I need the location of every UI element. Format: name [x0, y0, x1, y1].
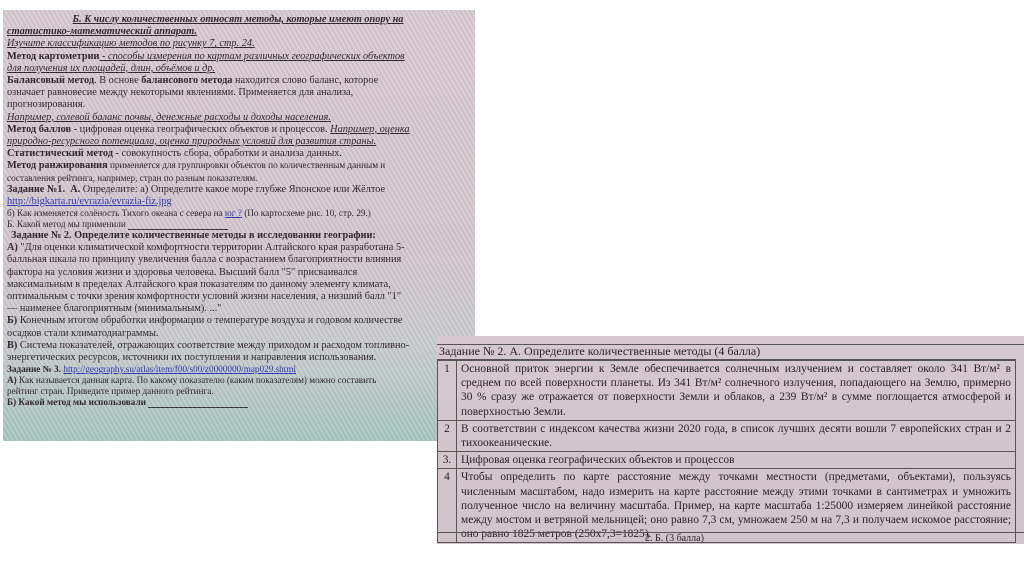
row-number: 3.: [438, 452, 457, 469]
ranking-definition-cont: составления рейтинга, например, стран по…: [7, 173, 469, 184]
answer-table-title: Задание № 2. А. Определите количественны…: [437, 344, 1016, 360]
task2-a-line3: фактора на условия жизни и здоровья чело…: [7, 267, 469, 279]
map-link-geography[interactable]: http://geography.su/atlas/item/f00/s00/z…: [63, 364, 296, 374]
table-row: 2 В соответствии с индексом качества жиз…: [438, 420, 1016, 451]
task2-a-line5: оптимальным с точки зрения комфортности …: [7, 291, 469, 303]
map-link-evrazia[interactable]: http://bigkarta.ru/evrazia/evrazia-fiz.j…: [7, 196, 172, 207]
balance-definition-line2: означает равновесие между некоторыми явл…: [7, 87, 469, 99]
row-number: 1: [438, 361, 457, 421]
scores-example: природно-ресурсного потенциала, оценка п…: [7, 136, 469, 148]
table-row: 1 Основной приток энергии к Земле обеспе…: [438, 361, 1016, 421]
balance-example: Например, солевой баланс почвы, денежные…: [7, 112, 469, 124]
answer-blank: [148, 398, 248, 408]
task1-method-question: Б. Какой метод мы применили: [7, 219, 469, 230]
task2-title: Задание № 2. Определите количественные м…: [7, 230, 469, 242]
table-row: 3. Цифровая оценка географических объект…: [438, 452, 1016, 469]
task2-c-line1: В) Система показателей, отражающих соотв…: [7, 340, 469, 352]
table-bottom-cut: 2. Б. (3 балла): [437, 532, 1024, 544]
task2-a-line4: максимальным в пределах Алтайского края …: [7, 279, 469, 291]
ranking-definition: Метод ранжирования применяется для групп…: [7, 160, 469, 172]
row-text: Цифровая оценка географических объектов …: [457, 452, 1016, 469]
answer-table: 1 Основной приток энергии к Земле обеспе…: [437, 360, 1016, 543]
statistical-definition: Статистический метод - совокупность сбор…: [7, 148, 469, 160]
task2-c-line2: энергетических ресурсов, источники их по…: [7, 352, 469, 364]
row-text: В соответствии с индексом качества жизни…: [457, 420, 1016, 451]
task2-a-line6: — наименее благоприятным (минимальным). …: [7, 303, 469, 315]
answer-blank: [128, 220, 228, 230]
worksheet-text-left: Б. К числу количественных относят методы…: [7, 14, 469, 408]
answer-table-photo: Задание № 2. А. Определите количественны…: [437, 336, 1024, 544]
row-text: Основной приток энергии к Земле обеспечи…: [457, 361, 1016, 421]
cartometry-definition: Метод картометрии - способы измерения по…: [7, 51, 469, 63]
task2-a-line1: А) "Для оценки климатической комфортност…: [7, 242, 469, 254]
task1-question-b: б) Как изменяется солёность Тихого океан…: [7, 208, 469, 219]
task3-a-line2: рейтинг стран. Приведите пример данного …: [7, 386, 469, 397]
worksheet-photo-left: Б. К числу количественных относят методы…: [3, 10, 475, 441]
task3-a-line1: А) Как называется данная карта. По каком…: [7, 375, 469, 386]
task3: Задание № 3. http://geography.su/atlas/i…: [7, 364, 469, 375]
task3-method-question: Б) Какой метод мы использовали: [7, 397, 469, 408]
scores-definition: Метод баллов - цифровая оценка географич…: [7, 124, 469, 136]
instruction: Изучите классификацию методов по рисунку…: [7, 38, 469, 50]
section-heading: Б. К числу количественных относят методы…: [7, 14, 469, 26]
task2-b-line2: осадков стали климатодиаграммы.: [7, 328, 469, 340]
section-heading-cont: статистико-математический аппарат.: [7, 26, 469, 38]
balance-definition: Балансовый метод. В основе балансового м…: [7, 75, 469, 87]
row-number: 2: [438, 420, 457, 451]
south-link[interactable]: юг ?: [225, 208, 242, 218]
task2-a-line2: балльная шкала по принципу увеличения ба…: [7, 254, 469, 266]
task1: Задание №1. А. Определите: а) Определите…: [7, 184, 469, 196]
cartometry-definition-cont: для получения их площадей, длин, объёмов…: [7, 63, 469, 75]
task2-b-line1: Б) Конечным итогом обработки информации …: [7, 315, 469, 327]
balance-definition-line3: прогнозирования.: [7, 99, 469, 111]
